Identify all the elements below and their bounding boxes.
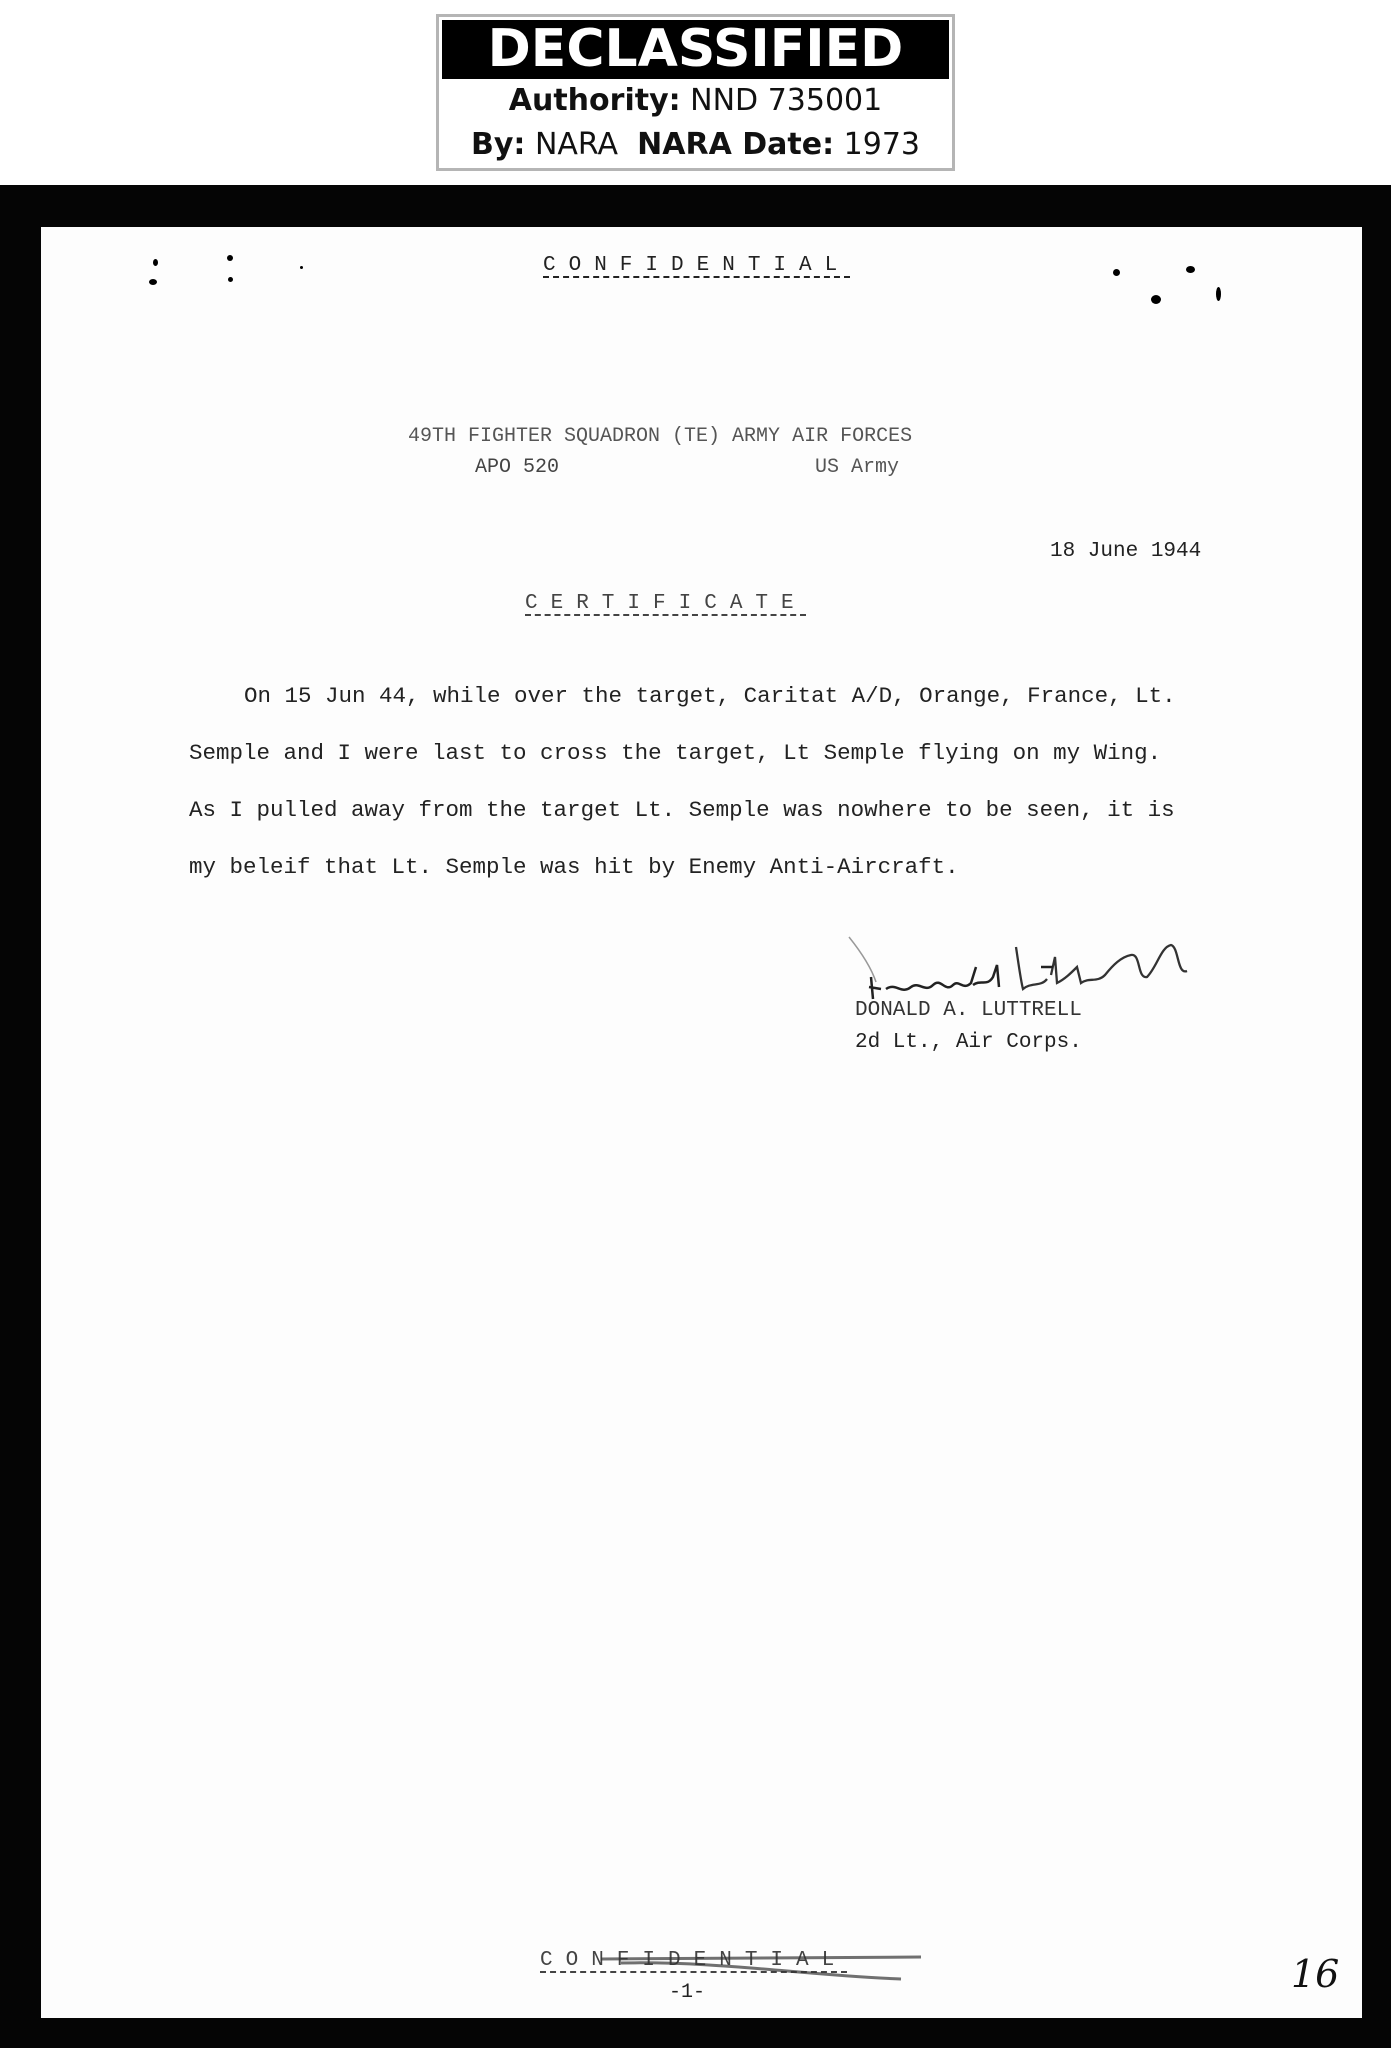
- declassified-stamp: DECLASSIFIED Authority: NND 735001 By: N…: [436, 14, 955, 171]
- speck: [1186, 266, 1195, 273]
- unit-header: 49TH FIGHTER SQUADRON (TE) ARMY AIR FORC…: [408, 425, 912, 448]
- stamp-date-value: 1973: [844, 127, 920, 162]
- body-line-4: my beleif that Lt. Semple was hit by Ene…: [189, 854, 959, 880]
- body-line-3: As I pulled away from the target Lt. Sem…: [189, 797, 1175, 823]
- document-date: 18 June 1944: [1050, 540, 1201, 563]
- body-line-1: On 15 Jun 44, while over the target, Car…: [244, 683, 1176, 709]
- stamp-by-label: By:: [471, 127, 525, 162]
- signatory-name: DONALD A. LUTTRELL: [855, 999, 1082, 1022]
- speck: [149, 279, 157, 285]
- speck: [153, 259, 158, 266]
- speck: [1113, 269, 1120, 276]
- document-title: CERTIFICATE: [525, 592, 807, 615]
- us-army: US Army: [815, 456, 899, 479]
- speck: [300, 266, 303, 269]
- stamp-by: By: NARA NARA Date: 1973: [439, 127, 952, 162]
- page-number: -1-: [669, 1981, 705, 2004]
- signatory-rank: 2d Lt., Air Corps.: [855, 1031, 1082, 1054]
- document-page: CONFIDENTIAL 49TH FIGHTER SQUADRON (TE) …: [41, 227, 1362, 2018]
- stamp-authority: Authority: NND 735001: [439, 83, 952, 118]
- speck: [1151, 295, 1161, 304]
- body-line-2: Semple and I were last to cross the targ…: [189, 740, 1161, 766]
- stamp-authority-label: Authority:: [509, 83, 681, 118]
- speck: [1216, 287, 1221, 301]
- stamp-by-value: NARA: [535, 127, 618, 162]
- speck: [227, 255, 233, 261]
- stamp-title: DECLASSIFIED: [442, 20, 949, 79]
- speck: [228, 277, 233, 282]
- stamp-authority-value: NND 735001: [690, 83, 882, 118]
- stamp-date-label: NARA Date:: [637, 127, 834, 162]
- classification-top: CONFIDENTIAL: [543, 254, 850, 277]
- handwritten-signature: [841, 927, 1281, 1007]
- apo-number: APO 520: [475, 456, 559, 479]
- strikethrough-mark: [601, 1947, 931, 1987]
- handwritten-page-number: 16: [1291, 1952, 1339, 1996]
